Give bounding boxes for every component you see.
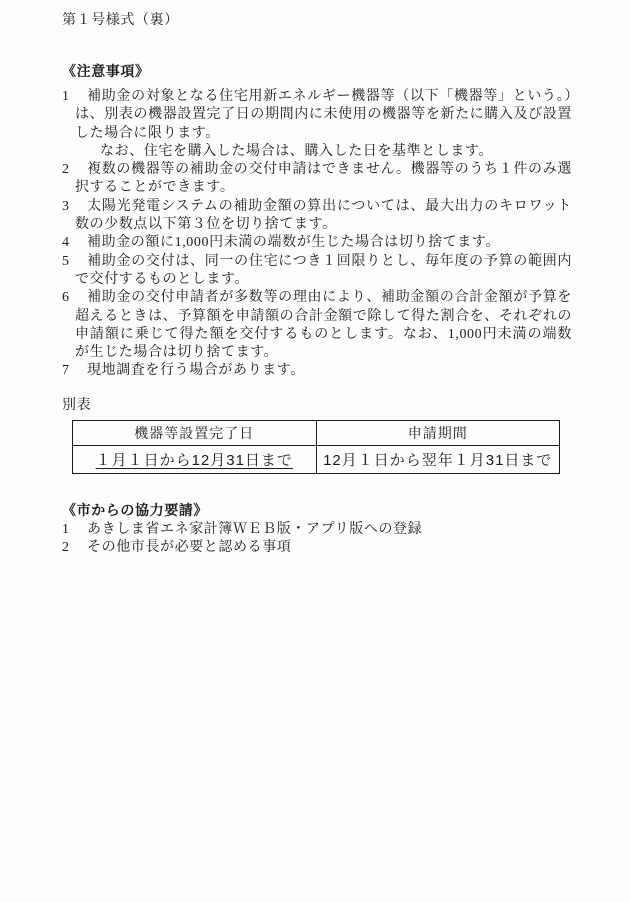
item-text: あきしま省エネ家計簿ＷＥＢ版・アプリ版への登録 <box>87 522 422 537</box>
item-sub-note: なお、住宅を購入した場合は、購入した日を基準とします。 <box>75 143 572 161</box>
note-item-5: 5補助金の交付は、同一の住宅につき１回限りとし、毎年度の予算の範囲内で交付するも… <box>62 253 572 290</box>
table-row: １月１日から12月31日まで 12月１日から翌年１月31日まで <box>73 445 560 473</box>
cell-application-period: 12月１日から翌年１月31日まで <box>316 445 560 473</box>
note-item-2: 2複数の機器等の補助金の交付申請はできません。機器等のうち１件のみ選択することが… <box>62 161 572 198</box>
item-text: 補助金の交付は、同一の住宅につき１回限りとし、毎年度の予算の範囲内で交付するもの… <box>75 254 572 287</box>
item-number: 2 <box>62 161 87 179</box>
item-text: 太陽光発電システムの補助金額の算出については、最大出力のキロワット数の少数点以下… <box>75 199 572 232</box>
notes-list: 1補助金の対象となる住宅用新エネルギー機器等（以下「機器等」という。）は、別表の… <box>62 88 572 381</box>
item-text: 現地調査を行う場合があります。 <box>87 363 305 378</box>
form-number-label: 第１号様式（裏） <box>62 11 572 30</box>
document-page: 第１号様式（裏） 《注意事項》 1補助金の対象となる住宅用新エネルギー機器等（以… <box>0 0 630 903</box>
item-number: 1 <box>62 521 87 539</box>
cooperation-item-2: 2その他市長が必要と認める事項 <box>62 539 572 557</box>
item-text: 補助金の対象となる住宅用新エネルギー機器等（以下「機器等」という。）は、別表の機… <box>75 89 572 141</box>
appendix-table: 機器等設置完了日 申請期間 １月１日から12月31日まで 12月１日から翌年１月… <box>72 420 560 474</box>
note-item-7: 7現地調査を行う場合があります。 <box>62 362 572 380</box>
note-item-4: 4補助金の額に1,000円未満の端数が生じた場合は切り捨てます。 <box>62 234 572 252</box>
item-text: 補助金の交付申請者が多数等の理由により、補助金額の合計金額が予算を超えるときは、… <box>75 290 572 360</box>
item-number: 4 <box>62 234 87 252</box>
cell-completion-period: １月１日から12月31日まで <box>73 445 317 473</box>
column-header-application-period: 申請期間 <box>316 420 560 445</box>
table-header-row: 機器等設置完了日 申請期間 <box>73 420 560 445</box>
column-header-device-completion-date: 機器等設置完了日 <box>73 420 317 445</box>
item-number: 5 <box>62 253 87 271</box>
notes-section-heading: 《注意事項》 <box>62 64 572 82</box>
cooperation-section-heading: 《市からの協力要請》 <box>62 503 572 521</box>
cooperation-list: 1あきしま省エネ家計簿ＷＥＢ版・アプリ版への登録 2その他市長が必要と認める事項 <box>62 521 572 558</box>
item-number: 2 <box>62 539 87 557</box>
cooperation-item-1: 1あきしま省エネ家計簿ＷＥＢ版・アプリ版への登録 <box>62 521 572 539</box>
note-item-1: 1補助金の対象となる住宅用新エネルギー機器等（以下「機器等」という。）は、別表の… <box>62 88 572 161</box>
note-item-3: 3太陽光発電システムの補助金額の算出については、最大出力のキロワット数の少数点以… <box>62 198 572 235</box>
item-number: 6 <box>62 289 87 307</box>
item-number: 1 <box>62 88 87 106</box>
item-number: 7 <box>62 362 87 380</box>
item-text: 補助金の額に1,000円未満の端数が生じた場合は切り捨てます。 <box>87 235 500 250</box>
item-number: 3 <box>62 198 87 216</box>
note-item-6: 6補助金の交付申請者が多数等の理由により、補助金額の合計金額が予算を超えるときは… <box>62 289 572 362</box>
appendix-label: 別表 <box>62 397 572 415</box>
cell-completion-period-text: １月１日から12月31日まで <box>96 452 293 469</box>
item-text: その他市長が必要と認める事項 <box>87 540 291 555</box>
item-text: 複数の機器等の補助金の交付申請はできません。機器等のうち１件のみ選択することがで… <box>75 162 572 195</box>
